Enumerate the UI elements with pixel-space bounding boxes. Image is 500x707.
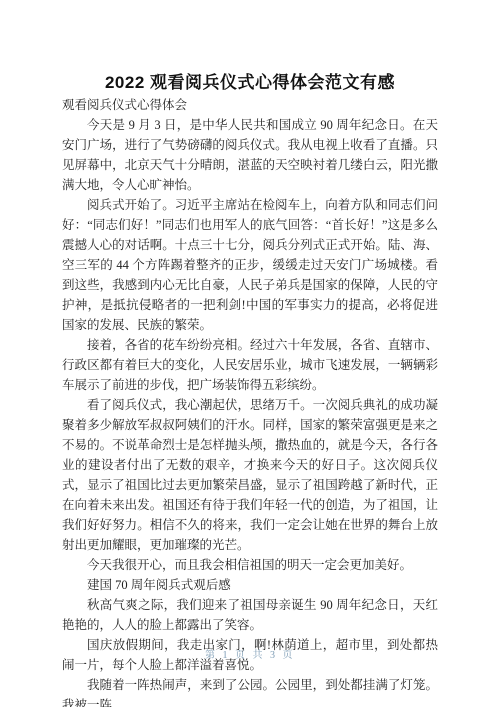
document-page: 2022 观看阅兵仪式心得体会范文有感 观看阅兵仪式心得体会 今天是 9 月 3…	[0, 0, 500, 707]
paragraph: 阅兵式开始了。习近平主席站在检阅车上，向着方队和同志们问好：“同志们好！”同志们…	[62, 195, 438, 335]
page-number-footer: 第 1 页 共 3 页	[0, 646, 500, 661]
section-heading: 观看阅兵仪式心得体会	[62, 95, 438, 115]
paragraph: 今天是 9 月 3 日，是中华人民共和国成立 90 周年纪念日。在天安门广场，进…	[62, 115, 438, 195]
section-heading: 建国 70 周年阅兵式观后感	[62, 575, 438, 595]
paragraph: 今天我很开心，而且我会相信祖国的明天一定会更加美好。	[62, 555, 438, 575]
document-title: 2022 观看阅兵仪式心得体会范文有感	[40, 73, 460, 93]
paragraph: 看了阅兵仪式，我心潮起伏，思绪万千。一次阅兵典礼的成功凝聚着多少解放军叔叔阿姨们…	[62, 395, 438, 555]
document-body: 观看阅兵仪式心得体会 今天是 9 月 3 日，是中华人民共和国成立 90 周年纪…	[62, 95, 438, 707]
paragraph: 接着，各省的花车纷纷亮相。经过六十年发展，各省、直辖市、行政区都有着巨大的变化，…	[62, 335, 438, 395]
paragraph: 我随着一阵热闹声，来到了公园。公园里，到处都挂满了灯笼。我被一阵	[62, 675, 438, 707]
paragraph: 秋高气爽之际，我们迎来了祖国母亲诞生 90 周年纪念日，天红艳艳的，人人的脸上都…	[62, 595, 438, 635]
